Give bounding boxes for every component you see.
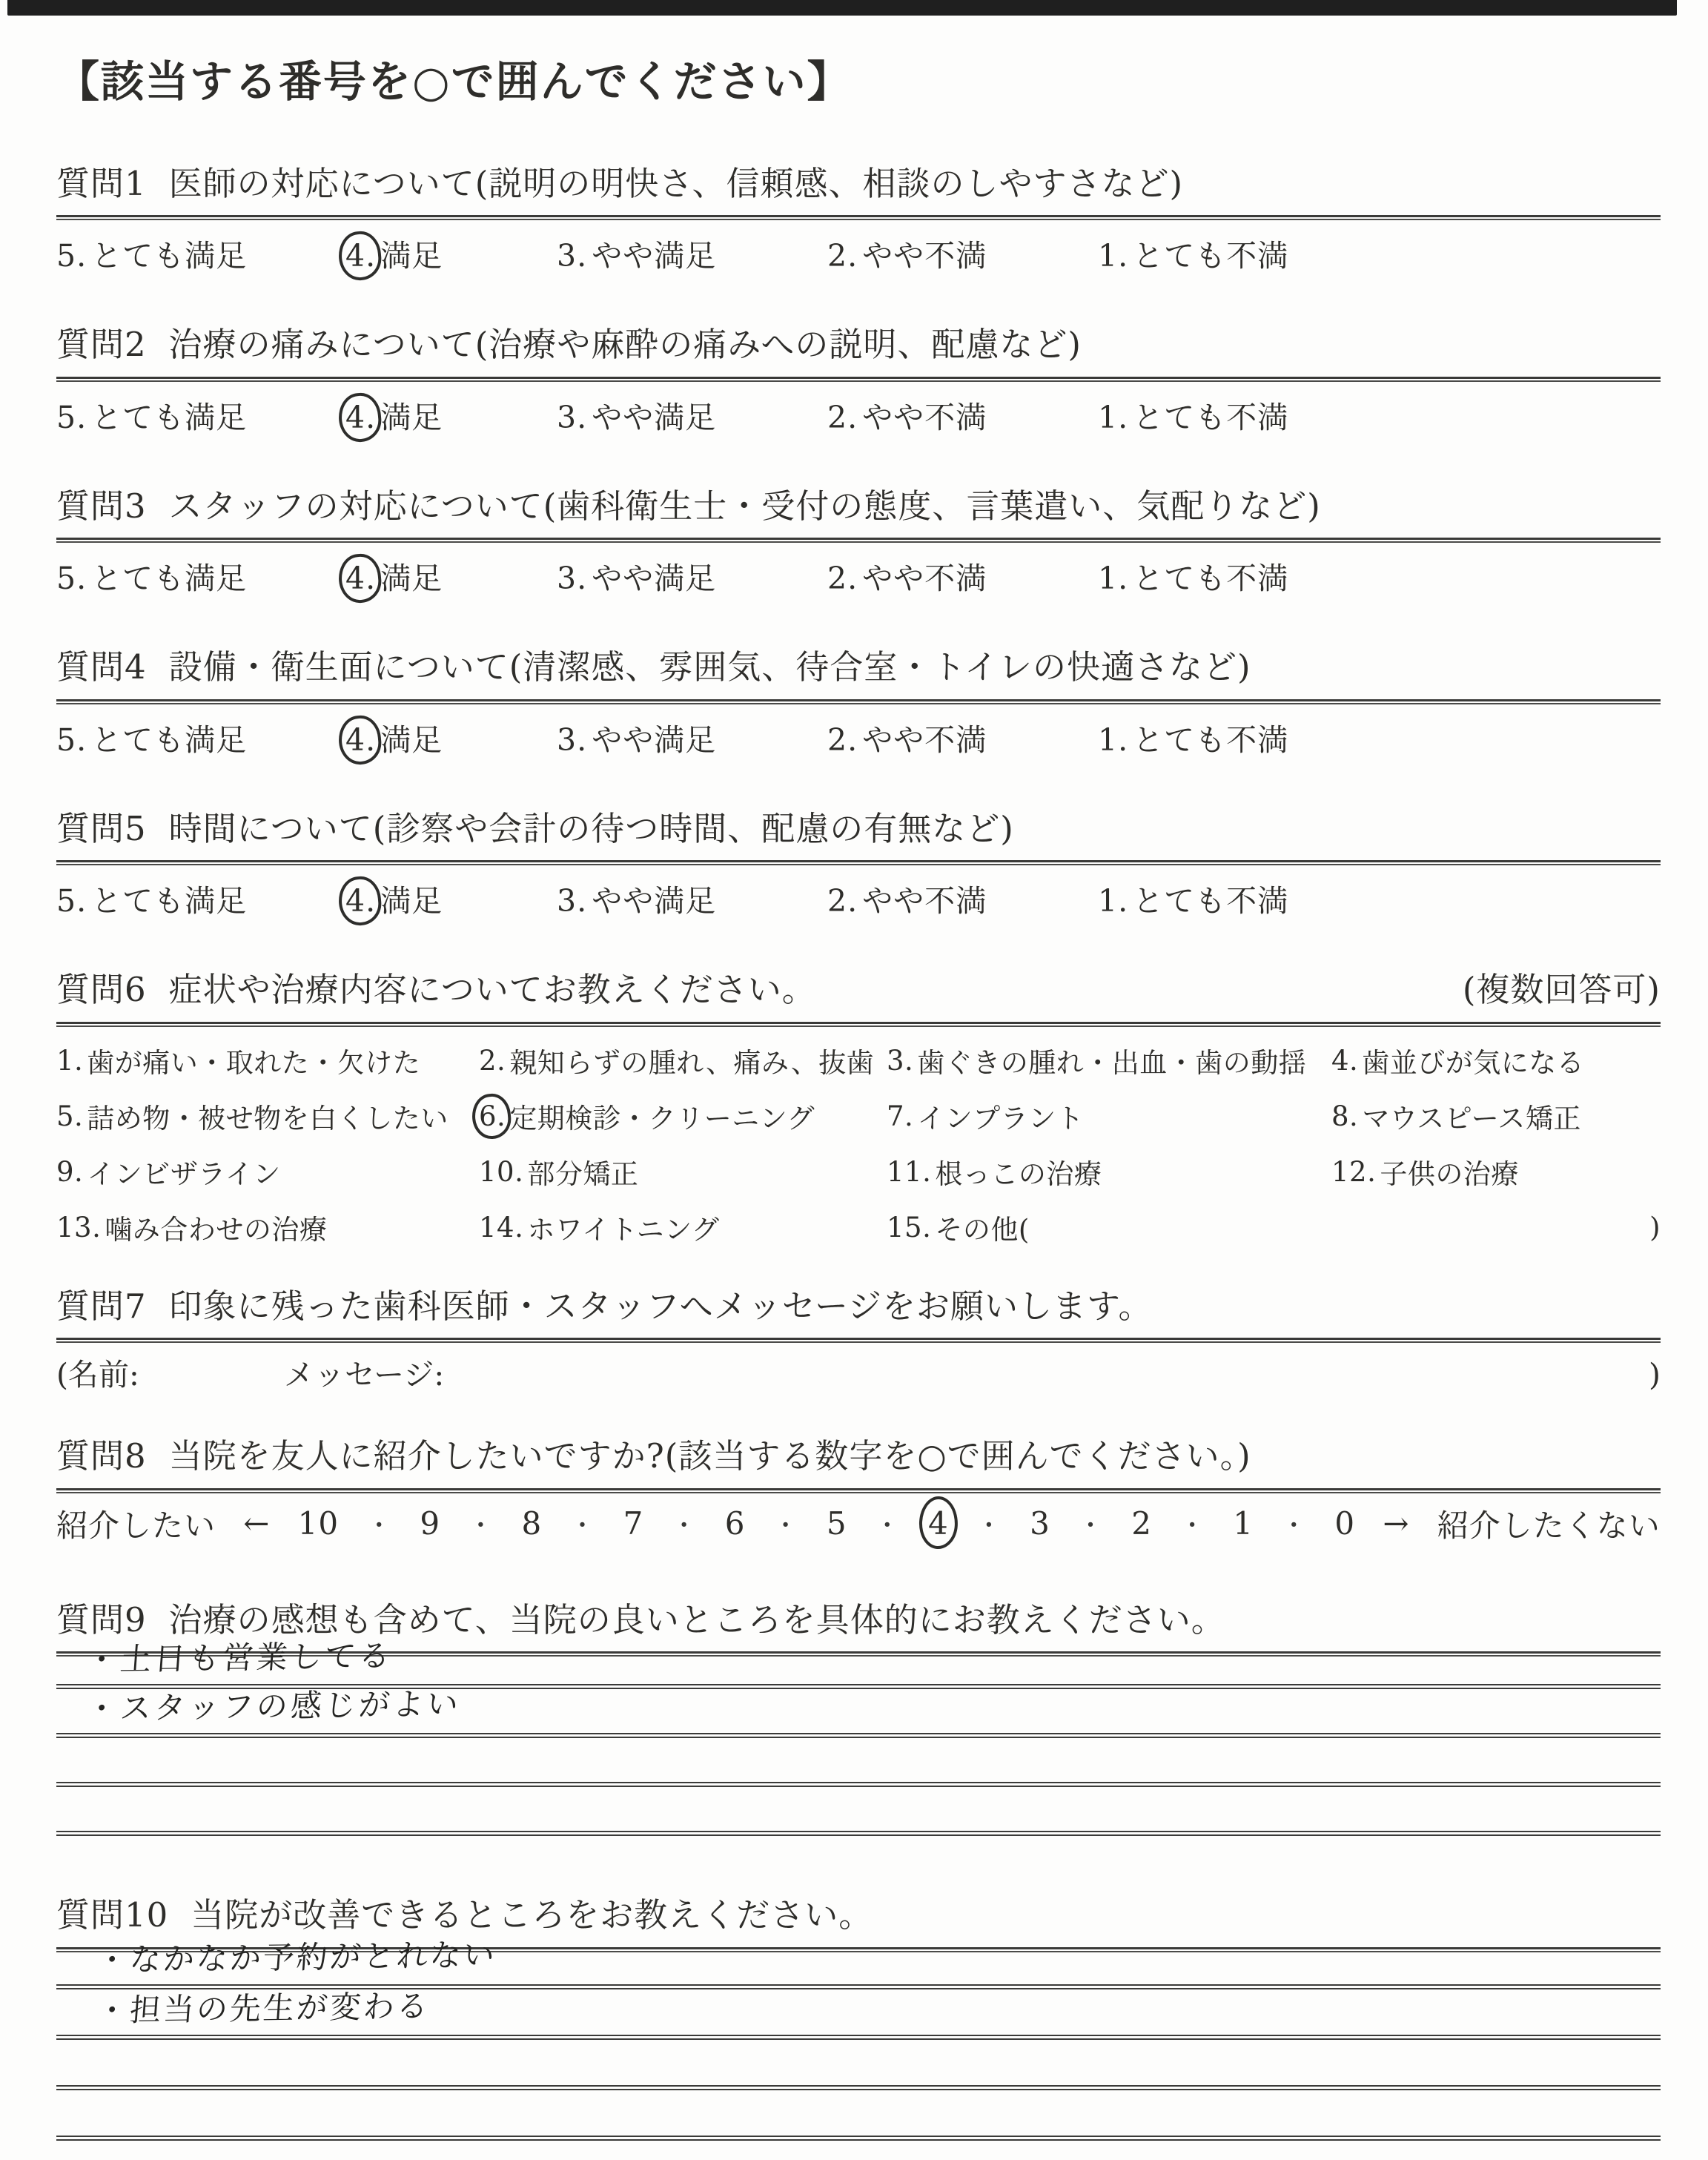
option-number: 5. — [56, 1100, 83, 1132]
q6-item-3: 3.歯ぐきの腫れ・出血・歯の動揺 — [887, 1033, 1331, 1089]
option-number: 12. — [1331, 1156, 1376, 1188]
option-label: マウスピース矯正 — [1362, 1096, 1581, 1136]
divider — [56, 1022, 1661, 1027]
question-10-number: 質問10 — [56, 1895, 168, 1935]
question-2-title: 質問2治療の痛みについて(治療や麻酔の痛みへの説明、配慮など) — [56, 323, 1661, 367]
q8-scale-0: 0 — [1334, 1505, 1355, 1542]
divider — [56, 699, 1661, 704]
q10-answer-line-4 — [56, 2090, 1661, 2141]
q2-option-3: 3.やや満足 — [557, 393, 827, 437]
option-label: 歯が痛い・取れた・欠けた — [87, 1040, 420, 1080]
q2-option-1: 1.とても不満 — [1098, 393, 1288, 437]
q8-scale-9: 9 — [420, 1505, 440, 1542]
q8-separator: ・ — [672, 1505, 698, 1542]
question-1-text: 医師の対応について(説明の明快さ、信頼感、相談のしやすさなど) — [169, 164, 1183, 203]
divider — [56, 377, 1661, 382]
q6-item-8: 8.マウスピース矯正 — [1331, 1089, 1661, 1144]
option-number: 3. — [557, 400, 587, 435]
option-label: インビザライン — [87, 1152, 280, 1192]
q8-separator: ・ — [1179, 1505, 1205, 1542]
question-7-text: 印象に残った歯科医師・スタッフへメッセージをお願いします。 — [169, 1287, 1153, 1326]
option-label: やや不満 — [862, 231, 987, 275]
option-label: ホワイトニング — [527, 1207, 719, 1247]
q6-item-15: 15.その他( — [887, 1200, 1331, 1255]
question-10-text: 当院が改善できるところをお教えください。 — [191, 1895, 873, 1935]
option-label: とても満足 — [91, 393, 247, 437]
option-label: 満足 — [380, 393, 443, 437]
question-9-number: 質問9 — [56, 1600, 147, 1639]
option-label: 噛み合わせの治療 — [105, 1207, 327, 1247]
option-number: 1. — [56, 1045, 83, 1077]
q3-option-3: 3.やや満足 — [557, 554, 827, 598]
option-number: 2. — [827, 883, 858, 919]
option-label: とても不満 — [1133, 876, 1288, 920]
option-label: とても不満 — [1133, 231, 1288, 275]
q5-option-4: 4.満足 — [345, 876, 557, 920]
q8-separator: ・ — [569, 1505, 595, 1542]
q5-options: 5.とても満足 4.満足 3.やや満足 2.やや不満 1.とても不満 — [56, 876, 1661, 915]
option-number: 2. — [827, 400, 858, 435]
q6-item-10: 10.部分矯正 — [479, 1144, 887, 1200]
q2-option-5: 5.とても満足 — [56, 393, 345, 437]
option-number: 4. — [345, 238, 376, 274]
option-label: 満足 — [380, 716, 443, 759]
option-number: 2. — [827, 561, 858, 596]
option-label: 定期検診・クリーニング — [509, 1096, 815, 1136]
q8-scale-6: 6 — [725, 1505, 746, 1542]
question-4-number: 質問4 — [56, 647, 147, 687]
option-label: とても満足 — [91, 231, 247, 275]
q8-separator: ・ — [1078, 1505, 1104, 1542]
question-3-title: 質問3スタッフの対応について(歯科衛生士・受付の態度、言葉遣い、気配りなど) — [56, 485, 1661, 529]
option-number: 3. — [557, 722, 587, 758]
option-label: 親知らずの腫れ、痛み、抜歯 — [509, 1040, 874, 1080]
q1-option-1: 1.とても不満 — [1098, 231, 1288, 275]
question-3-number: 質問3 — [56, 486, 147, 526]
q6-item-1: 1.歯が痛い・取れた・欠けた — [56, 1033, 479, 1089]
option-number: 5. — [56, 561, 87, 596]
q9-answer-line-3 — [56, 1738, 1661, 1787]
survey-form-page: 【該当する番号を○で囲んでください】 質問1医師の対応について(説明の明快さ、信… — [0, 0, 1708, 2160]
q8-separator: ・ — [875, 1505, 901, 1542]
option-number: 5. — [56, 883, 87, 919]
option-label: とても不満 — [1133, 393, 1288, 437]
q8-right-label: 紹介したくない — [1437, 1502, 1661, 1546]
option-number: 4. — [345, 400, 376, 435]
option-label: 詰め物・被せ物を白くしたい — [87, 1096, 448, 1136]
q10-handwritten-2: ・担当の先生が変わる — [95, 1981, 431, 2030]
option-label: とても不満 — [1133, 554, 1288, 598]
option-label: とても不満 — [1133, 716, 1288, 759]
q6-item-5: 5.詰め物・被せ物を白くしたい — [56, 1089, 479, 1144]
option-label: やや満足 — [592, 554, 716, 598]
option-number: 3. — [557, 883, 587, 919]
question-5-title: 質問5時間について(診察や会計の待つ時間、配慮の有無など) — [56, 807, 1661, 851]
option-number: 3. — [557, 561, 587, 596]
question-8-title: 質問8当院を友人に紹介したいですか?(該当する数字を○で囲んでください。) — [56, 1435, 1661, 1479]
q3-option-5: 5.とても満足 — [56, 554, 345, 598]
q1-option-5: 5.とても満足 — [56, 231, 345, 275]
q7-answer-row: (名前: メッセージ: ) — [56, 1350, 1661, 1392]
q3-option-4: 4.満足 — [345, 554, 557, 598]
question-9: 質問9治療の感想も含めて、当院の良いところを具体的にお教えください。 ・土日も営… — [56, 1599, 1661, 1837]
q3-option-2: 2.やや不満 — [827, 554, 1098, 598]
question-1: 質問1医師の対応について(説明の明快さ、信頼感、相談のしやすさなど) 5.とても… — [56, 162, 1661, 271]
question-5: 質問5時間について(診察や会計の待つ時間、配慮の有無など) 5.とても満足 4.… — [56, 807, 1661, 916]
question-6-number: 質問6 — [56, 968, 147, 1012]
option-label: とても満足 — [91, 716, 247, 759]
option-number: 2. — [479, 1045, 506, 1077]
divider — [56, 860, 1661, 865]
question-8-text: 当院を友人に紹介したいですか?(該当する数字を○で囲んでください。) — [169, 1436, 1251, 1476]
q4-option-2: 2.やや不満 — [827, 716, 1098, 759]
option-label: やや不満 — [862, 393, 987, 437]
q6-item-11: 11.根っこの治療 — [887, 1144, 1331, 1200]
q4-option-1: 1.とても不満 — [1098, 716, 1288, 759]
q1-options: 5.とても満足 4.満足 3.やや満足 2.やや不満 1.とても不満 — [56, 231, 1661, 270]
option-label: やや不満 — [862, 554, 987, 598]
option-number: 2. — [827, 722, 858, 758]
option-label: 根っこの治療 — [935, 1152, 1102, 1192]
q1-option-3: 3.やや満足 — [557, 231, 827, 275]
q6-item-14: 14.ホワイトニング — [479, 1200, 887, 1255]
question-4: 質問4設備・衛生面について(清潔感、雰囲気、待合室・トイレの快適さなど) 5.と… — [56, 646, 1661, 754]
q8-scale-10: 10 — [298, 1505, 339, 1542]
option-number: 15. — [887, 1212, 931, 1244]
q8-separator: ・ — [1281, 1505, 1307, 1542]
q8-left-label: 紹介したい — [56, 1502, 216, 1546]
q5-option-3: 3.やや満足 — [557, 876, 827, 920]
q8-scale-row: 紹介したい ← 10 ・ 9 ・ 8 ・ 7 ・ 6 ・ 5 ・ 4 ・ 3 ・… — [56, 1502, 1661, 1545]
q5-option-1: 1.とても不満 — [1098, 876, 1288, 920]
q8-scale-1: 1 — [1233, 1505, 1254, 1542]
option-label: 部分矯正 — [527, 1152, 638, 1192]
q8-scale-5: 5 — [827, 1505, 847, 1542]
question-8: 質問8当院を友人に紹介したいですか?(該当する数字を○で囲んでください。) 紹介… — [56, 1435, 1661, 1545]
question-6-note: (複数回答可) — [1463, 968, 1661, 1012]
q2-option-4: 4.満足 — [345, 393, 557, 437]
q9-handwritten-2: ・スタッフの感じがよい — [85, 1680, 463, 1729]
question-6-text: 症状や治療内容についてお教えください。 — [169, 968, 816, 1012]
option-number: 5. — [56, 722, 87, 758]
question-5-text: 時間について(診察や会計の待つ時間、配慮の有無など) — [169, 809, 1014, 848]
option-number: 1. — [1098, 561, 1128, 596]
q10-answer-line-3 — [56, 2040, 1661, 2090]
option-label: やや満足 — [592, 876, 716, 920]
question-6-title: 質問6症状や治療内容についてお教えください。(複数回答可) — [56, 968, 1661, 1012]
question-7-title: 質問7印象に残った歯科医師・スタッフへメッセージをお願いします。 — [56, 1285, 1661, 1329]
q4-option-3: 3.やや満足 — [557, 716, 827, 759]
q9-handwritten-1: ・土日も営業してる — [85, 1631, 394, 1680]
q6-options-grid: 1.歯が痛い・取れた・欠けた 2.親知らずの腫れ、痛み、抜歯 3.歯ぐきの腫れ・… — [56, 1033, 1661, 1255]
option-number: 5. — [56, 400, 87, 435]
option-number: 1. — [1098, 238, 1128, 274]
option-label: 満足 — [380, 876, 443, 920]
divider — [56, 538, 1661, 543]
option-number: 1. — [1098, 400, 1128, 435]
q4-options: 5.とても満足 4.満足 3.やや満足 2.やや不満 1.とても不満 — [56, 716, 1661, 754]
option-number: 10. — [479, 1156, 523, 1188]
q4-option-4: 4.満足 — [345, 716, 557, 759]
q1-option-4: 4.満足 — [345, 231, 557, 275]
option-number: 1. — [1098, 722, 1128, 758]
q3-option-1: 1.とても不満 — [1098, 554, 1288, 598]
question-4-text: 設備・衛生面について(清潔感、雰囲気、待合室・トイレの快適さなど) — [169, 647, 1251, 687]
option-number: 14. — [479, 1212, 523, 1244]
question-5-number: 質問5 — [56, 809, 147, 848]
q8-scale-2: 2 — [1131, 1505, 1152, 1542]
q8-separator: ・ — [468, 1505, 494, 1542]
q6-item-9: 9.インビザライン — [56, 1144, 479, 1200]
option-number: 8. — [1331, 1100, 1358, 1132]
divider — [56, 215, 1661, 220]
q7-close-paren: ) — [1649, 1357, 1661, 1393]
option-label: とても満足 — [91, 876, 247, 920]
question-1-title: 質問1医師の対応について(説明の明快さ、信頼感、相談のしやすさなど) — [56, 162, 1661, 206]
question-2-number: 質問2 — [56, 325, 147, 364]
q10-answer-line-2: ・担当の先生が変わる — [56, 1989, 1661, 2040]
option-label: とても満足 — [91, 554, 247, 598]
question-3: 質問3スタッフの対応について(歯科衛生士・受付の態度、言葉遣い、気配りなど) 5… — [56, 485, 1661, 593]
q8-right-arrow-icon: → — [1383, 1505, 1409, 1542]
q8-separator: ・ — [773, 1505, 799, 1542]
question-10: 質問10当院が改善できるところをお教えください。 ・なかなか予約がとれない ・担… — [56, 1894, 1661, 2141]
option-label: 満足 — [380, 231, 443, 275]
question-7-number: 質問7 — [56, 1287, 147, 1326]
q6-item-4: 4.歯並びが気になる — [1331, 1033, 1661, 1089]
q8-scale-3: 3 — [1030, 1505, 1050, 1542]
option-number: 4. — [345, 883, 376, 919]
q2-option-2: 2.やや不満 — [827, 393, 1098, 437]
q8-separator: ・ — [366, 1505, 392, 1542]
form-title: 【該当する番号を○で囲んでください】 — [56, 55, 1661, 109]
q6-item-7: 7.インプラント — [887, 1089, 1331, 1144]
question-10-title: 質問10当院が改善できるところをお教えください。 — [56, 1894, 1661, 1938]
option-number: 5. — [56, 238, 87, 274]
divider — [56, 1488, 1661, 1493]
option-label: インプラント — [917, 1096, 1084, 1136]
question-2: 質問2治療の痛みについて(治療や麻酔の痛みへの説明、配慮など) 5.とても満足 … — [56, 323, 1661, 432]
option-number: 11. — [887, 1156, 931, 1188]
option-label: やや満足 — [592, 716, 716, 759]
option-number: 7. — [887, 1100, 913, 1132]
option-number: 3. — [887, 1045, 913, 1077]
q8-scale-4: 4 — [928, 1505, 949, 1542]
option-number: 1. — [1098, 883, 1128, 919]
option-number: 6. — [479, 1100, 506, 1132]
question-6: 質問6症状や治療内容についてお教えください。(複数回答可) 1.歯が痛い・取れた… — [56, 968, 1661, 1255]
q10-handwritten-1: ・なかなか予約がとれない — [95, 1930, 498, 1981]
q4-option-5: 5.とても満足 — [56, 716, 345, 759]
option-label: やや不満 — [862, 876, 987, 920]
option-number: 2. — [827, 238, 858, 274]
question-4-title: 質問4設備・衛生面について(清潔感、雰囲気、待合室・トイレの快適さなど) — [56, 646, 1661, 690]
question-8-number: 質問8 — [56, 1436, 147, 1476]
question-2-text: 治療の痛みについて(治療や麻酔の痛みへの説明、配慮など) — [169, 325, 1082, 364]
option-label: やや満足 — [592, 393, 716, 437]
q3-options: 5.とても満足 4.満足 3.やや満足 2.やや不満 1.とても不満 — [56, 554, 1661, 592]
option-label: 歯ぐきの腫れ・出血・歯の動揺 — [917, 1040, 1306, 1080]
option-label: その他( — [935, 1207, 1029, 1247]
divider — [56, 1338, 1661, 1343]
q5-option-2: 2.やや不満 — [827, 876, 1098, 920]
q7-name-label: (名前: — [56, 1350, 139, 1394]
question-3-text: スタッフの対応について(歯科衛生士・受付の態度、言葉遣い、気配りなど) — [169, 486, 1321, 526]
option-label: やや満足 — [592, 231, 716, 275]
option-number: 4. — [345, 722, 376, 758]
option-number: 3. — [557, 238, 587, 274]
option-number: 13. — [56, 1212, 101, 1244]
q8-scale-7: 7 — [623, 1505, 644, 1542]
option-number: 4. — [345, 561, 376, 596]
option-number: 4. — [1331, 1045, 1358, 1077]
q6-item-13: 13.噛み合わせの治療 — [56, 1200, 479, 1255]
q6-item-6: 6.定期検診・クリーニング — [479, 1089, 887, 1144]
q7-message-label: メッセージ: — [284, 1350, 444, 1394]
q9-answer-line-4 — [56, 1787, 1661, 1836]
q6-item-2: 2.親知らずの腫れ、痛み、抜歯 — [479, 1033, 887, 1089]
option-label: 満足 — [380, 554, 443, 598]
q6-item-12: 12.子供の治療 — [1331, 1144, 1661, 1200]
q2-options: 5.とても満足 4.満足 3.やや満足 2.やや不満 1.とても不満 — [56, 393, 1661, 432]
q5-option-5: 5.とても満足 — [56, 876, 345, 920]
scan-artifact-bar — [7, 0, 1677, 16]
option-label: 子供の治療 — [1380, 1152, 1519, 1192]
question-1-number: 質問1 — [56, 164, 147, 203]
option-label: やや不満 — [862, 716, 987, 759]
option-number: 9. — [56, 1156, 83, 1188]
q1-option-2: 2.やや不満 — [827, 231, 1098, 275]
q8-left-arrow-icon: ← — [243, 1505, 270, 1542]
option-label: 歯並びが気になる — [1362, 1040, 1584, 1080]
question-7: 質問7印象に残った歯科医師・スタッフへメッセージをお願いします。 (名前: メッ… — [56, 1285, 1661, 1393]
q8-separator: ・ — [976, 1505, 1002, 1542]
q8-scale-8: 8 — [522, 1505, 543, 1542]
q9-answer-line-2: ・スタッフの感じがよい — [56, 1689, 1661, 1738]
q6-other-close-paren: ) — [1331, 1200, 1661, 1255]
